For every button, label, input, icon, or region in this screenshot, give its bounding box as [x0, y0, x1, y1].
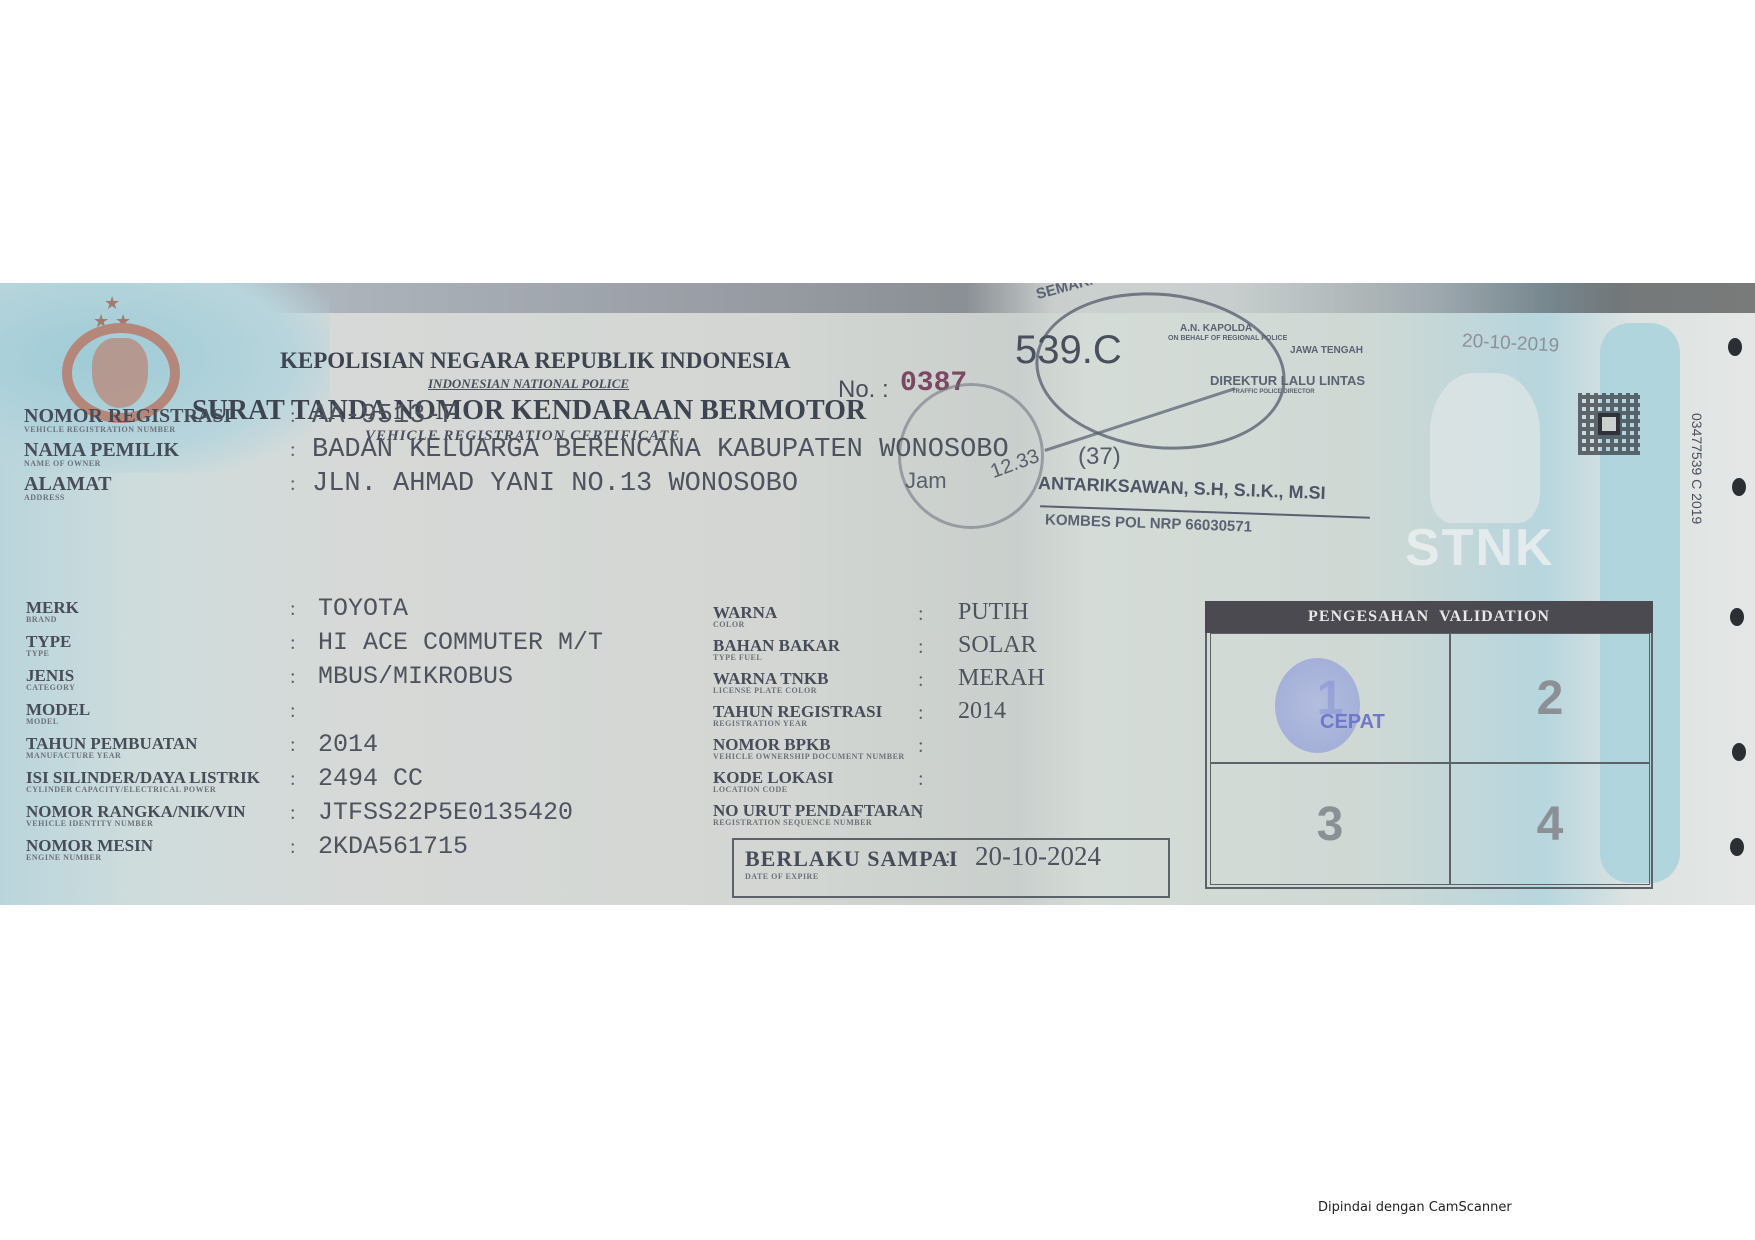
- field-label-en: REGISTRATION SEQUENCE NUMBER: [713, 818, 872, 827]
- scanner-credit: Dipindai dengan CamScanner: [1318, 1200, 1512, 1215]
- field-label-en: LICENSE PLATE COLOR: [713, 686, 817, 695]
- field-label-en: TYPE FUEL: [713, 653, 762, 662]
- punch-hole: [1730, 608, 1744, 626]
- field-value: PUTIH: [958, 599, 1029, 626]
- on-behalf-label: A.N. KAPOLDA: [1180, 323, 1252, 334]
- validation-title-en: VALIDATION: [1439, 608, 1550, 625]
- field-colon: :: [290, 666, 296, 689]
- hologram-emblem: [1430, 373, 1540, 523]
- field-value: 2014: [318, 730, 378, 759]
- validation-stamp: [1275, 658, 1360, 753]
- number-label: No. :: [838, 376, 889, 404]
- emblem-shield-icon: [92, 338, 148, 408]
- field-label-en: VEHICLE IDENTITY NUMBER: [26, 819, 153, 828]
- field-value: MERAH: [958, 665, 1045, 692]
- punch-hole: [1728, 338, 1742, 356]
- validation-title: PENGESAHAN: [1308, 608, 1429, 625]
- field-label-en: TYPE: [26, 649, 49, 658]
- stamp-code: (37): [1078, 443, 1121, 471]
- field-colon: :: [290, 768, 296, 791]
- office-title-en: TRAFFIC POLICE DIRECTOR: [1232, 389, 1315, 395]
- document-photo: ★ ★ ★ KEPOLISIAN NEGARA REPUBLIK INDONES…: [0, 283, 1755, 905]
- field-value: MBUS/MIKROBUS: [318, 662, 513, 691]
- punch-hole: [1732, 743, 1746, 761]
- field-colon: :: [918, 603, 924, 626]
- field-label-en: MANUFACTURE YEAR: [26, 751, 121, 760]
- signatory-rank: KOMBES POL NRP 66030571: [1045, 511, 1253, 535]
- qr-finder-icon: [1598, 413, 1620, 435]
- signatory-name: ANTARIKSAWAN, S.H, S.I.K., M.SI: [1038, 473, 1326, 504]
- field-colon: :: [290, 439, 296, 462]
- validation-cell-4: 4: [1450, 763, 1650, 885]
- vertical-serial: 03477539 C 2019: [1689, 413, 1705, 524]
- field-label-en: VEHICLE REGISTRATION NUMBER: [24, 425, 176, 434]
- field-label-en: CYLINDER CAPACITY/ELECTRICAL POWER: [26, 785, 216, 794]
- field-value: JTFSS22P5E0135420: [318, 798, 573, 827]
- field-colon: :: [918, 636, 924, 659]
- field-colon: :: [918, 669, 924, 692]
- issue-date: 20-10-2019: [1461, 330, 1559, 357]
- field-label-en: MODEL: [26, 717, 59, 726]
- validation-cell-2: 2: [1450, 633, 1650, 763]
- field-colon: :: [290, 405, 296, 428]
- validation-stamp-text: CEPAT: [1320, 711, 1385, 734]
- field-value: BADAN KELUARGA BERENCANA KABUPATEN WONOS…: [312, 435, 1009, 465]
- field-label-en: VEHICLE OWNERSHIP DOCUMENT NUMBER: [713, 752, 905, 761]
- field-colon: :: [290, 700, 296, 723]
- punch-hole: [1732, 478, 1746, 496]
- expiry-value: 20-10-2024: [975, 841, 1101, 872]
- field-label-en: ADDRESS: [24, 493, 65, 502]
- stamp-jam-label: Jam: [905, 468, 947, 494]
- field-value: 2014: [958, 698, 1006, 725]
- field-colon: :: [918, 801, 924, 824]
- field-label-en: NAME OF OWNER: [24, 459, 101, 468]
- field-value: HI ACE COMMUTER M/T: [318, 628, 603, 657]
- validation-header: PENGESAHAN VALIDATION: [1205, 601, 1653, 633]
- office-title: DIREKTUR LALU LINTAS: [1210, 373, 1365, 388]
- agency-name-en: INDONESIAN NATIONAL POLICE: [428, 376, 629, 392]
- field-value: AA-9513-F: [312, 401, 458, 431]
- field-colon: :: [290, 598, 296, 621]
- field-label-en: CATEGORY: [26, 683, 75, 692]
- field-value: 2494 CC: [318, 764, 423, 793]
- field-colon: :: [918, 768, 924, 791]
- field-label-en: LOCATION CODE: [713, 785, 788, 794]
- field-colon: :: [290, 802, 296, 825]
- expiry-label: BERLAKU SAMPAI: [745, 846, 958, 872]
- on-behalf-label-en: ON BEHALF OF REGIONAL POLICE: [1168, 335, 1287, 342]
- field-value: SOLAR: [958, 632, 1037, 659]
- agency-name: KEPOLISIAN NEGARA REPUBLIK INDONESIA: [280, 348, 791, 374]
- field-colon: :: [290, 734, 296, 757]
- expiry-label-en: DATE OF EXPIRE: [745, 872, 819, 881]
- stnk-watermark: STNK: [1405, 518, 1555, 578]
- expiry-colon: :: [945, 846, 951, 869]
- field-value: TOYOTA: [318, 594, 408, 623]
- field-label-en: COLOR: [713, 620, 745, 629]
- field-colon: :: [290, 632, 296, 655]
- field-value: JLN. AHMAD YANI NO.13 WONOSOBO: [312, 469, 798, 499]
- province: JAWA TENGAH: [1290, 345, 1363, 356]
- field-colon: :: [918, 735, 924, 758]
- field-colon: :: [290, 836, 296, 859]
- field-colon: :: [290, 473, 296, 496]
- punch-hole: [1730, 838, 1744, 856]
- field-label-en: ENGINE NUMBER: [26, 853, 102, 862]
- field-colon: :: [918, 702, 924, 725]
- validation-cell-3: 3: [1210, 763, 1450, 885]
- field-label-en: BRAND: [26, 615, 57, 624]
- field-value: 2KDA561715: [318, 832, 468, 861]
- field-label-en: REGISTRATION YEAR: [713, 719, 808, 728]
